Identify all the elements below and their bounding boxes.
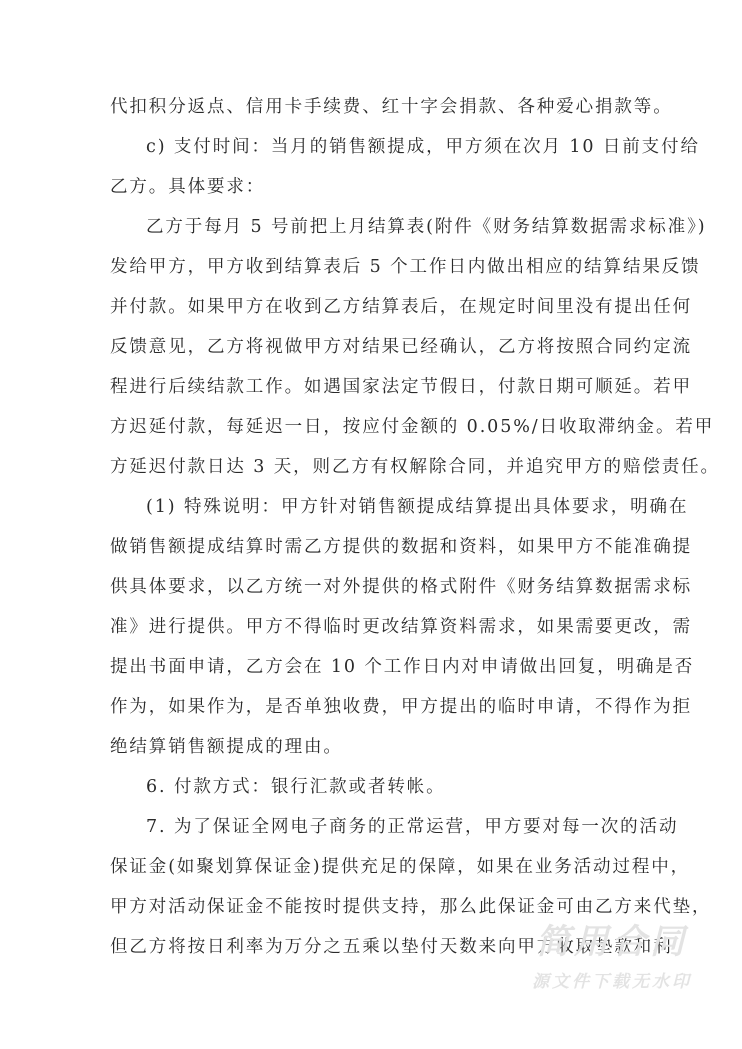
text-line: 6. 付款方式：银行汇款或者转帐。 xyxy=(146,776,676,798)
document-page: 代扣积分返点、信用卡手续费、红十字会捐款、各种爱心捐款等。 c) 支付时间：当月… xyxy=(0,0,742,1049)
text-line: 方迟延付款，每延迟一日，按应付金额的 0.05%/日收取滞纳金。若甲 xyxy=(110,416,640,438)
text-line: c) 支付时间：当月的销售额提成，甲方须在次月 10 日前支付给 xyxy=(146,136,676,158)
text-line: 作为，如果作为，是否单独收费，甲方提出的临时申请，不得作为拒 xyxy=(110,696,640,718)
text-line: 乙方于每月 5 号前把上月结算表(附件《财务结算数据需求标准》) xyxy=(146,216,676,238)
text-line: 程进行后续结款工作。如遇国家法定节假日，付款日期可顺延。若甲 xyxy=(110,376,640,398)
text-line: 发给甲方，甲方收到结算表后 5 个工作日内做出相应的结算结果反馈 xyxy=(110,256,640,278)
watermark-sub: 源文件下载无水印 xyxy=(512,970,712,994)
text-line: 7. 为了保证全网电子商务的正常运营，甲方要对每一次的活动 xyxy=(146,816,676,838)
text-line: 绝结算销售额提成的理由。 xyxy=(110,736,640,758)
text-line: 准》进行提供。甲方不得临时更改结算资料需求，如果需要更改，需 xyxy=(110,616,640,638)
text-line: 并付款。如果甲方在收到乙方结算表后，在规定时间里没有提出任何 xyxy=(110,296,640,318)
text-line: 乙方。具体要求： xyxy=(110,176,640,198)
text-line: 但乙方将按日利率为万分之五乘以垫付天数来向甲方收取垫款和利 xyxy=(110,936,640,958)
text-line: 保证金(如聚划算保证金)提供充足的保障，如果在业务活动过程中， xyxy=(110,856,640,878)
watermark: 简用合同 源文件下载无水印 xyxy=(512,922,712,994)
text-line: 方延迟付款日达 3 天，则乙方有权解除合同，并追究甲方的赔偿责任。 xyxy=(110,456,640,478)
text-line: 提出书面申请，乙方会在 10 个工作日内对申请做出回复，明确是否 xyxy=(110,656,640,678)
text-line: 代扣积分返点、信用卡手续费、红十字会捐款、各种爱心捐款等。 xyxy=(110,96,640,118)
text-line: 做销售额提成结算时需乙方提供的数据和资料，如果甲方不能准确提 xyxy=(110,536,640,558)
text-line: 反馈意见，乙方将视做甲方对结果已经确认，乙方将按照合同约定流 xyxy=(110,336,640,358)
text-line: 供具体要求，以乙方统一对外提供的格式附件《财务结算数据需求标 xyxy=(110,576,640,598)
text-line: (1) 特殊说明：甲方针对销售额提成结算提出具体要求，明确在 xyxy=(146,496,676,518)
text-line: 甲方对活动保证金不能按时提供支持，那么此保证金可由乙方来代垫， xyxy=(110,896,640,918)
